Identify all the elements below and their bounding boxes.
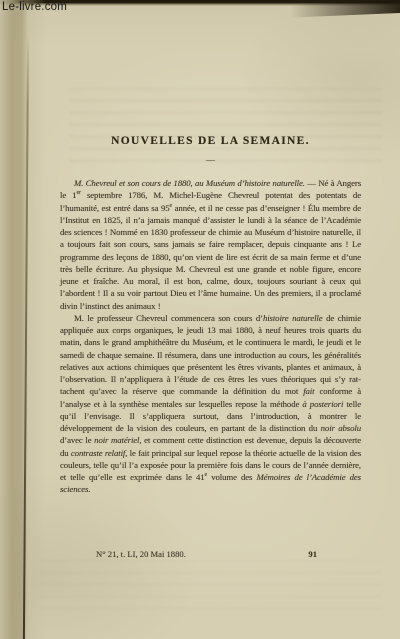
paragraph-course-details: M. le professeur Chevreul commencera son… <box>60 312 361 496</box>
scanned-page: Le-livre.com NOUVELLES DE LA SEMAINE. — … <box>0 0 400 639</box>
footer-page-number: 91 <box>308 549 317 559</box>
article-title: NOUVELLES DE LA SEMAINE. <box>60 135 361 148</box>
book-gutter-shadow <box>0 0 46 639</box>
verso-show-through-lower <box>40 560 382 610</box>
page-footer: N° 21, t. LI, 20 Mai 1880. 91 <box>60 549 361 559</box>
title-divider: — <box>60 156 361 165</box>
watermark-text: Le-livre.com <box>2 1 67 13</box>
footer-issue-info: N° 21, t. LI, 20 Mai 1880. <box>96 549 186 559</box>
paragraph-chevreul-intro: M. Chevreul et son cours de 1880, au Mus… <box>60 177 361 312</box>
book-gutter-fold-line <box>23 34 29 639</box>
article-body: M. Chevreul et son cours de 1880, au Mus… <box>60 177 361 496</box>
article: NOUVELLES DE LA SEMAINE. — M. Chevreul e… <box>60 135 361 496</box>
